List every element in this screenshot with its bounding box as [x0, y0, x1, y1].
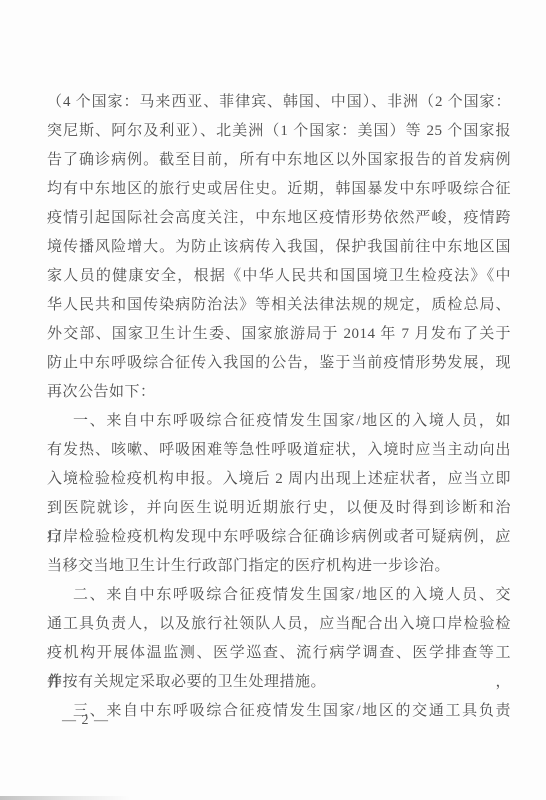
text-line: 防止中东呼吸综合征传入我国的公告，鉴于当前疫情形势发展，现	[47, 349, 511, 378]
text-line: 当移交当地卫生计生行政部门指定的医疗机构进一步诊治。	[47, 552, 511, 581]
text-line: 有发热、咳嗽、呼吸困难等急性呼吸道症状，入境时应当主动向出	[47, 436, 511, 465]
text-line: 入境检验检疫机构申报。入境后 2 周内出现上述症状者，应当立即	[47, 465, 511, 494]
text-line: 疫机构开展体温监测、医学巡查、流行病学调查、医学排查等工作，	[47, 639, 511, 668]
text-line: 二、来自中东呼吸综合征疫情发生国家/地区的入境人员、交	[47, 581, 511, 610]
text-line: （4 个国家：马来西亚、菲律宾、韩国、中国）、非洲（2 个国家：	[47, 88, 511, 117]
scan-edge-artifact	[0, 796, 130, 800]
text-line: 境传播风险增大。为防止该病传入我国，保护我国前往中东地区国	[47, 233, 511, 262]
text-line: 口岸检验检疫机构发现中东呼吸综合征确诊病例或者可疑病例，应	[47, 523, 511, 552]
document-text: （4 个国家：马来西亚、菲律宾、韩国、中国）、非洲（2 个国家：突尼斯、阿尔及利…	[47, 88, 511, 726]
text-line: 通工具负责人，以及旅行社领队人员，应当配合出入境口岸检验检	[47, 610, 511, 639]
text-line: 外交部、国家卫生计生委、国家旅游局于 2014 年 7 月发布了关于	[47, 320, 511, 349]
text-line: 再次公告如下：	[47, 378, 511, 407]
text-line: 突尼斯、阿尔及利亚）、北美洲（1 个国家：美国）等 25 个国家报	[47, 117, 511, 146]
text-line: 一、来自中东呼吸综合征疫情发生国家/地区的入境人员，如	[47, 407, 511, 436]
page-number: — 2 —	[62, 711, 109, 731]
text-line: 到医院就诊，并向医生说明近期旅行史，以便及时得到诊断和治疗。	[47, 494, 511, 523]
text-line: 均有中东地区的旅行史或居住史。近期，韩国暴发中东呼吸综合征	[47, 175, 511, 204]
text-line: 家人员的健康安全，根据《中华人民共和国国境卫生检疫法》《中	[47, 262, 511, 291]
document-page: （4 个国家：马来西亚、菲律宾、韩国、中国）、非洲（2 个国家：突尼斯、阿尔及利…	[0, 0, 546, 800]
text-line: 疫情引起国际社会高度关注，中东地区疫情形势依然严峻，疫情跨	[47, 204, 511, 233]
text-line: 告了确诊病例。截至目前，所有中东地区以外国家报告的首发病例	[47, 146, 511, 175]
text-line: 三、来自中东呼吸综合征疫情发生国家/地区的交通工具负责	[47, 697, 511, 726]
text-line: 华人民共和国传染病防治法》等相关法律法规的规定，质检总局、	[47, 291, 511, 320]
